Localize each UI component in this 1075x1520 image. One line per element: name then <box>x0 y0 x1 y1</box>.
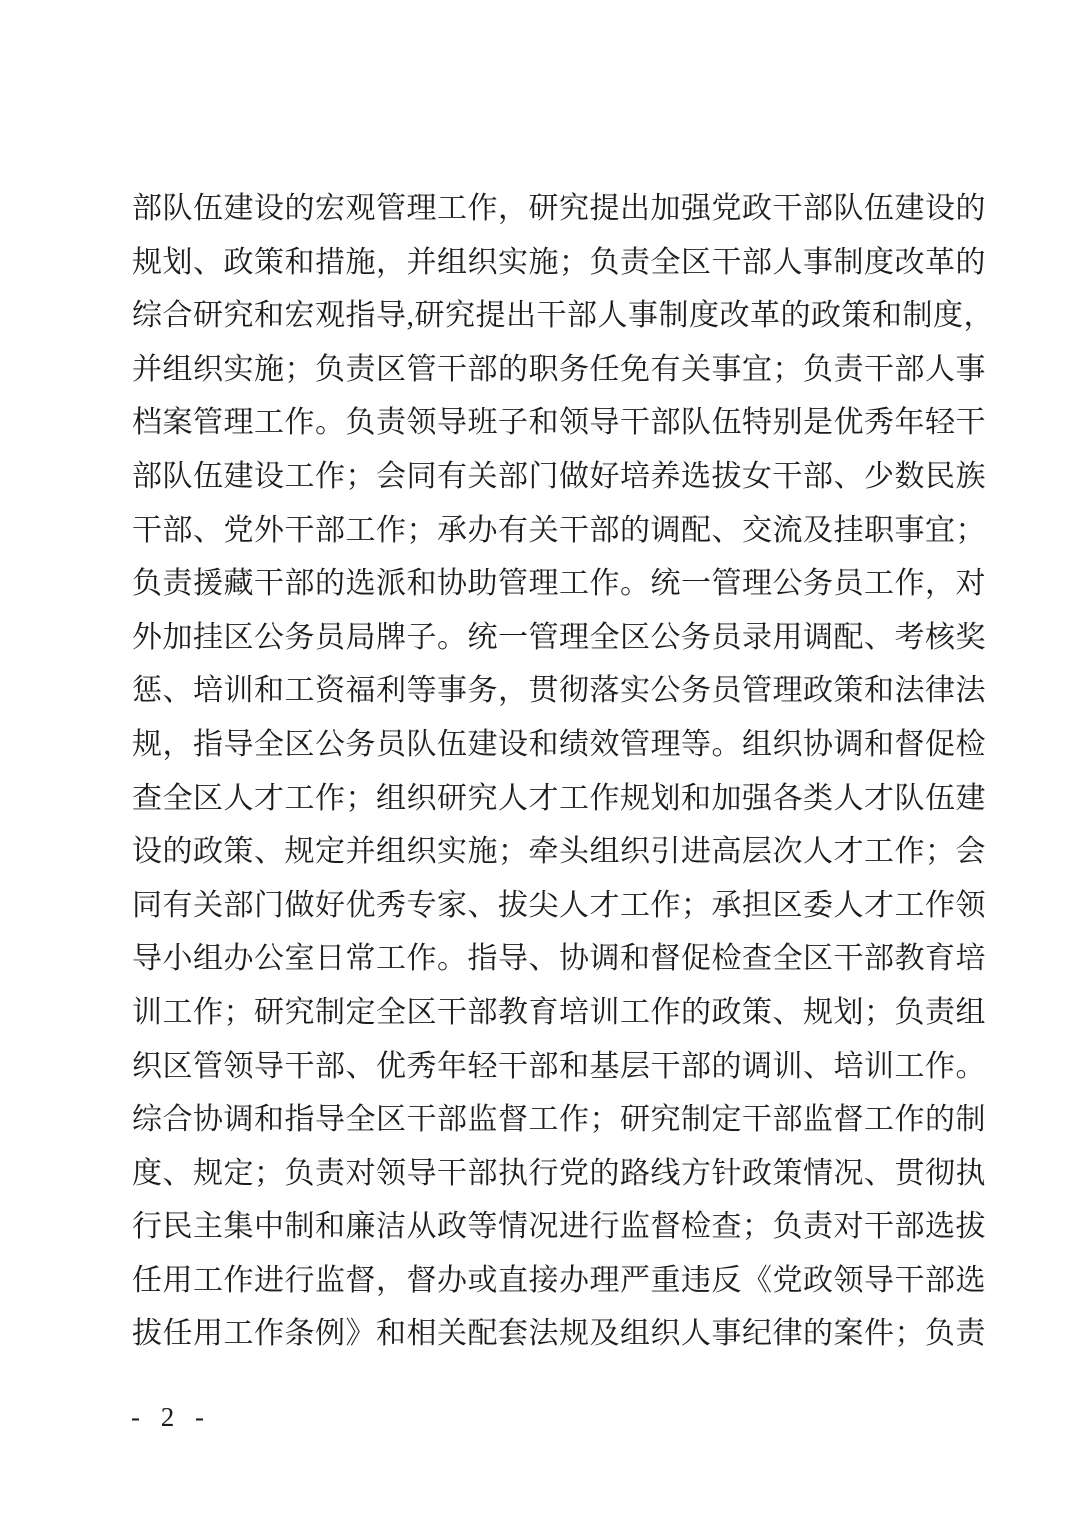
body-line: 训工作；研究制定全区干部教育培训工作的政策、规划；负责组 <box>132 986 946 1040</box>
body-line: 并组织实施；负责区管干部的职务任免有关事宜；负责干部人事 <box>132 343 946 397</box>
body-line: 部队伍建设工作；会同有关部门做好培养选拔女干部、少数民族 <box>132 450 946 504</box>
page-number: - 2 - <box>131 1402 211 1433</box>
body-line: 部队伍建设的宏观管理工作，研究提出加强党政干部队伍建设的 <box>132 182 946 236</box>
body-text-block: 部队伍建设的宏观管理工作，研究提出加强党政干部队伍建设的 规划、政策和措施，并组… <box>132 182 946 1361</box>
body-line: 综合研究和宏观指导,研究提出干部人事制度改革的政策和制度， <box>132 289 946 343</box>
body-line: 综合协调和指导全区干部监督工作；研究制定干部监督工作的制 <box>132 1093 946 1147</box>
body-line: 档案管理工作。负责领导班子和领导干部队伍特别是优秀年轻干 <box>132 396 946 450</box>
body-line: 导小组办公室日常工作。指导、协调和督促检查全区干部教育培 <box>132 932 946 986</box>
body-line: 织区管领导干部、优秀年轻干部和基层干部的调训、培训工作。 <box>132 1040 946 1094</box>
body-line: 规，指导全区公务员队伍建设和绩效管理等。组织协调和督促检 <box>132 718 946 772</box>
body-line: 任用工作进行监督，督办或直接办理严重违反《党政领导干部选 <box>132 1254 946 1308</box>
body-line: 惩、培训和工资福利等事务，贯彻落实公务员管理政策和法律法 <box>132 664 946 718</box>
body-line: 拔任用工作条例》和相关配套法规及组织人事纪律的案件；负责 <box>132 1307 946 1361</box>
document-page: 部队伍建设的宏观管理工作，研究提出加强党政干部队伍建设的 规划、政策和措施，并组… <box>0 0 1075 1520</box>
body-line: 外加挂区公务员局牌子。统一管理全区公务员录用调配、考核奖 <box>132 611 946 665</box>
body-line: 行民主集中制和廉洁从政等情况进行监督检查；负责对干部选拔 <box>132 1200 946 1254</box>
body-line: 负责援藏干部的选派和协助管理工作。统一管理公务员工作，对 <box>132 557 946 611</box>
body-line: 度、规定；负责对领导干部执行党的路线方针政策情况、贯彻执 <box>132 1147 946 1201</box>
body-line: 设的政策、规定并组织实施；牵头组织引进高层次人才工作；会 <box>132 825 946 879</box>
body-line: 干部、党外干部工作；承办有关干部的调配、交流及挂职事宜； <box>132 504 946 558</box>
body-line: 查全区人才工作；组织研究人才工作规划和加强各类人才队伍建 <box>132 772 946 826</box>
body-line: 同有关部门做好优秀专家、拔尖人才工作；承担区委人才工作领 <box>132 879 946 933</box>
body-line: 规划、政策和措施，并组织实施；负责全区干部人事制度改革的 <box>132 236 946 290</box>
